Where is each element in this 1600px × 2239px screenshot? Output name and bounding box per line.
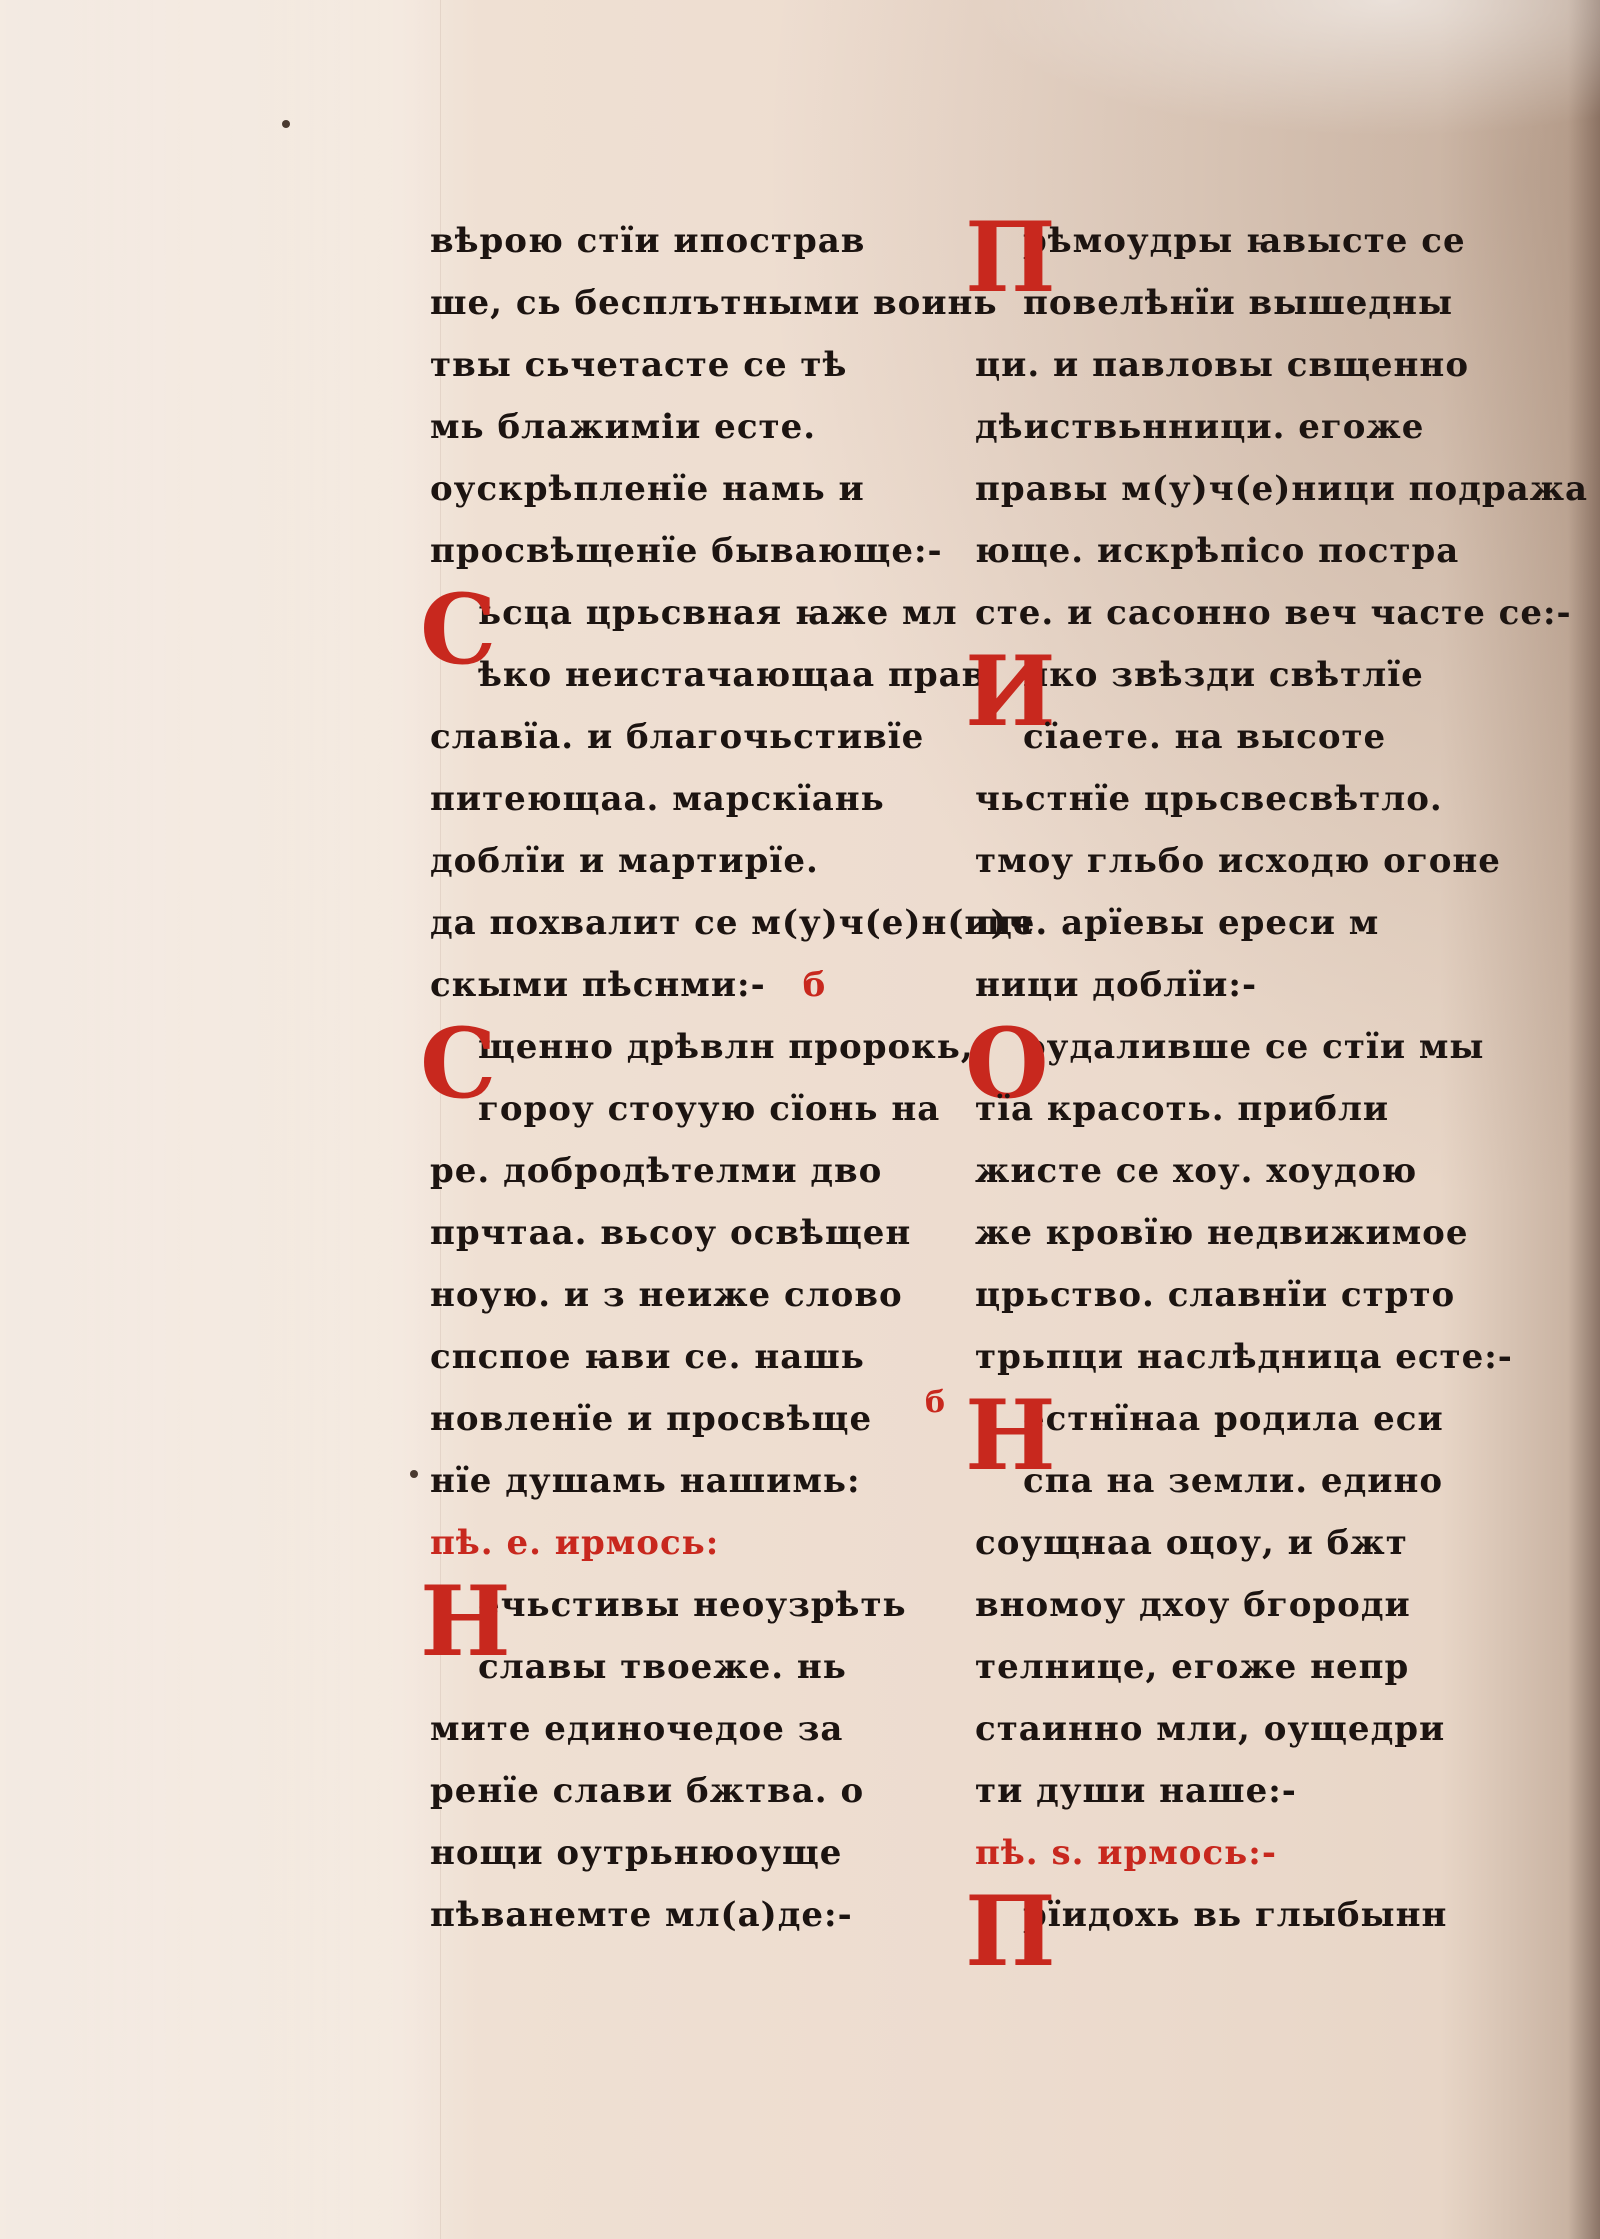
text-line-with-initial: П рѣмоудры ꙗвысте се [975, 210, 1535, 272]
text-line-with-initial: б Н естнїнаа родила еси [975, 1388, 1535, 1450]
text-line: сте. и сасонно веч часте се:- [975, 582, 1535, 644]
text-line: скыми пѣснми:- б [430, 954, 930, 1016]
text-line: щенно дрѣвлн пророкь, [478, 1027, 974, 1067]
text-line: чьстнїе црьсвесвѣтло. [975, 768, 1535, 830]
text-line: спа на земли. едино [975, 1450, 1535, 1512]
text-line: гороу стоуую сїонь на [430, 1078, 930, 1140]
text-line: ше, сь бесплътными воинь [430, 272, 930, 334]
text-line: стаинно мли, оущедри [975, 1698, 1535, 1760]
marginal-number: б [803, 965, 827, 1005]
text-line: новленїе и просвѣще [430, 1388, 930, 1450]
text-line-with-initial: О оудаливше се стїи мы [975, 1016, 1535, 1078]
rubric-heading: пѣ. ѕ. ирмось:- [975, 1822, 1535, 1884]
text-line: вѣрою стїи ипострав [430, 210, 930, 272]
right-text-column: П рѣмоудры ꙗвысте се повелѣнїи вышедны ц… [975, 210, 1535, 1946]
text-line: нощи оутрьнюоуще [430, 1822, 930, 1884]
text-line: оудаливше се стїи мы [1023, 1027, 1485, 1067]
text-line-with-initial: С щенно дрѣвлн пророкь, [430, 1016, 930, 1078]
text-line: оускрѣпленїе намь и [430, 458, 930, 520]
text-line: ечьстивы неоузрѣть [478, 1585, 907, 1625]
text-line: тїа красоть. прибли [975, 1078, 1535, 1140]
text-line: црьство. славнїи стрто [975, 1264, 1535, 1326]
text-line: ренїе слави бжтва. о [430, 1760, 930, 1822]
text-line: повелѣнїи вышедны [975, 272, 1535, 334]
text-line: нїе душамь нашимь: [430, 1450, 930, 1512]
text-line: ико звѣзди свѣтлїе [1023, 655, 1424, 695]
text-line: рѣмоудры ꙗвысте се [1023, 221, 1466, 261]
text-line: сїаете. на высоте [975, 706, 1535, 768]
text-line: естнїнаа родила еси [1023, 1399, 1444, 1439]
text-line: спспое ꙗви се. нашь [430, 1326, 930, 1388]
text-line: ци. и павловы свщенно [975, 334, 1535, 396]
text-line: ѣко неистачающаа прав [430, 644, 930, 706]
text-line: славы твоеже. нь [430, 1636, 930, 1698]
text-line: ре. добродѣтелми дво [430, 1140, 930, 1202]
text-line: просвѣщенїе бывающе:- [430, 520, 930, 582]
text-line: ти души наше:- [975, 1760, 1535, 1822]
text-line: соущнаа оцоу, и бжт [975, 1512, 1535, 1574]
ink-speck [282, 120, 290, 128]
text-line: же кровїю недвижимое [975, 1202, 1535, 1264]
text-line: прчтаа. вьсоу освѣщен [430, 1202, 930, 1264]
text-line: скыми пѣснми:- [430, 965, 766, 1005]
light-reflection [900, 0, 1600, 160]
text-line: ьсца црьсвная ꙗже мл [478, 593, 958, 633]
text-line: пѣванемте мл(а)де:- [430, 1884, 930, 1946]
text-line: юще. искрѣпісо постра [975, 520, 1535, 582]
text-line: жисте се хоу. хоудою [975, 1140, 1535, 1202]
text-line: ще. арїевы ереси м [975, 892, 1535, 954]
text-line-with-initial: Н ечьстивы неоузрѣть [430, 1574, 930, 1636]
text-line: ноую. и з неиже слово [430, 1264, 930, 1326]
text-line: мите единочедое за [430, 1698, 930, 1760]
text-line-with-initial: П рїидохь вь глыбынн [975, 1884, 1535, 1946]
ink-speck [410, 1470, 418, 1478]
text-line-with-initial: И ико звѣзди свѣтлїе [975, 644, 1535, 706]
text-line: питеющаа. марскїань [430, 768, 930, 830]
left-margin [0, 0, 441, 2239]
text-line: да похвалит се м(у)ч(е)н(и)ч [430, 892, 930, 954]
text-line: телнице, егоже непр [975, 1636, 1535, 1698]
text-line: доблїи и мартирїе. [430, 830, 930, 892]
text-line: тмоу гльбо исходю огоне [975, 830, 1535, 892]
text-line-with-initial: С ьсца црьсвная ꙗже мл [430, 582, 930, 644]
text-line: дѣиствьнници. егоже [975, 396, 1535, 458]
text-line: трьпци наслѣдница есте:- [975, 1326, 1535, 1388]
text-line: ници доблїи:- [975, 954, 1535, 1016]
left-text-column: вѣрою стїи ипострав ше, сь бесплътными в… [430, 210, 930, 1946]
text-line: славїа. и благочьстивїе [430, 706, 930, 768]
text-line: правы м(у)ч(е)ници подража [975, 458, 1535, 520]
text-line: мь блажиміи есте. [430, 396, 930, 458]
text-line: твы сьчетасте се тѣ [430, 334, 930, 396]
marginal-number: б [925, 1388, 946, 1418]
red-initial: П [965, 1884, 1057, 1980]
text-line: рїидохь вь глыбынн [1023, 1895, 1447, 1935]
text-line: вномоу дхоу бгороди [975, 1574, 1535, 1636]
